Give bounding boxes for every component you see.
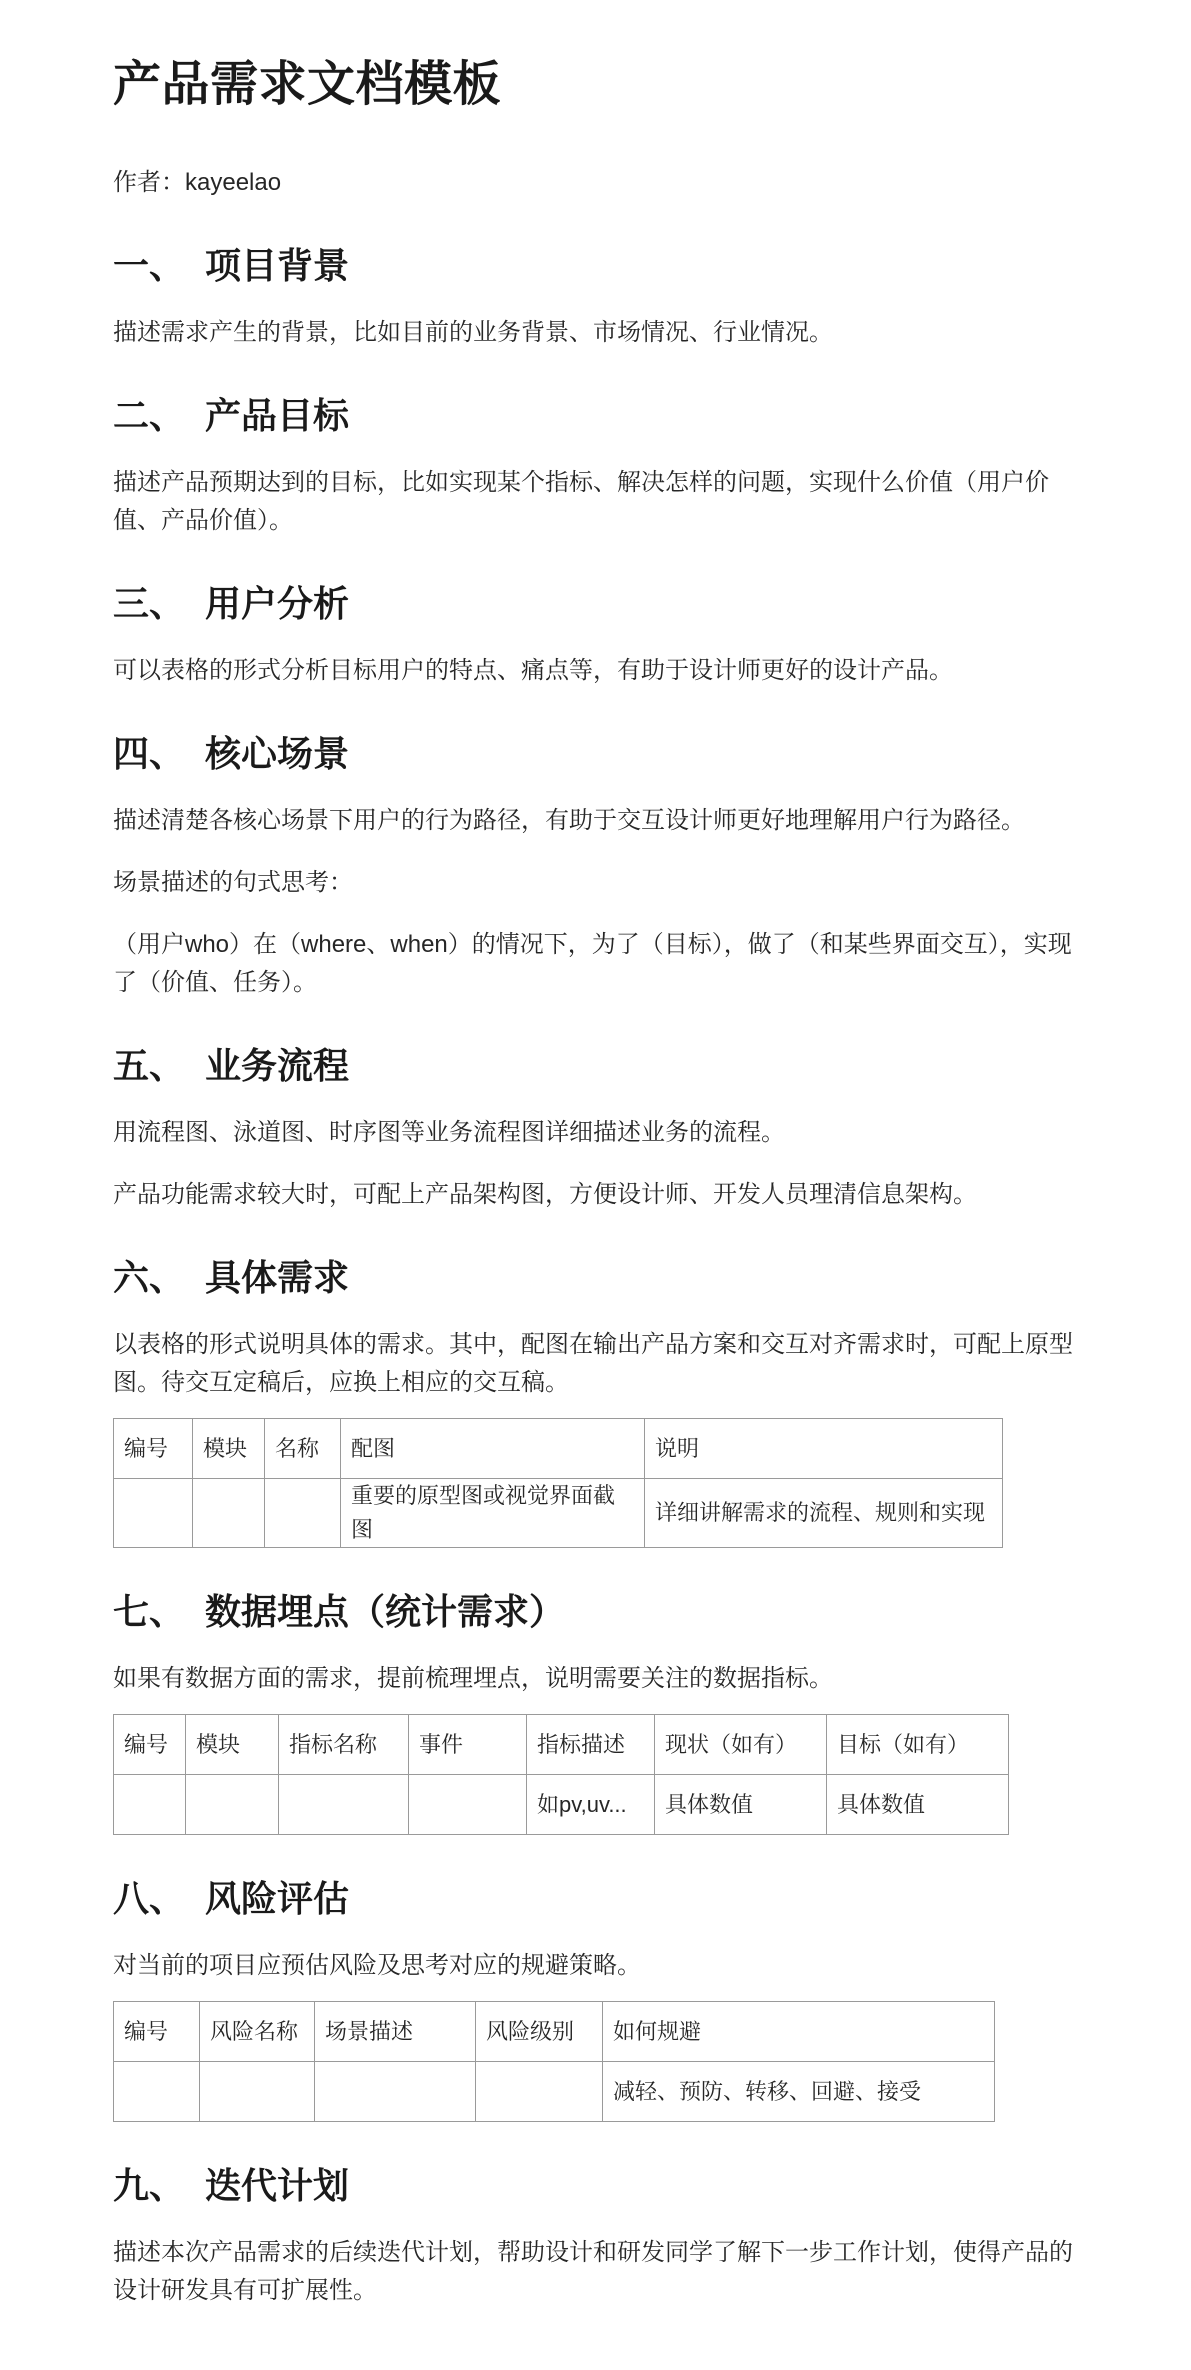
- section-heading: 六、具体需求: [113, 1254, 1078, 1302]
- paragraph: 描述需求产生的背景，比如目前的业务背景、市场情况、行业情况。: [113, 314, 1078, 352]
- column-header: 说明: [645, 1419, 1003, 1479]
- section-risk-assessment: 八、风险评估 对当前的项目应预估风险及思考对应的规避策略。 编号 风险名称 场景…: [113, 1875, 1078, 2122]
- section-heading: 七、数据埋点（统计需求）: [113, 1588, 1078, 1636]
- section-project-background: 一、项目背景 描述需求产生的背景，比如目前的业务背景、市场情况、行业情况。: [113, 242, 1078, 352]
- cell: 具体数值: [655, 1775, 827, 1835]
- author-name: kayeelao: [185, 169, 281, 196]
- cell: 详细讲解需求的流程、规则和实现: [645, 1479, 1003, 1548]
- cell: 减轻、预防、转移、回避、接受: [603, 2062, 995, 2122]
- paragraph: 如果有数据方面的需求，提前梳理埋点，说明需要关注的数据指标。: [113, 1660, 1078, 1698]
- column-header: 模块: [186, 1715, 279, 1775]
- section-analytics-tracking: 七、数据埋点（统计需求） 如果有数据方面的需求，提前梳理埋点，说明需要关注的数据…: [113, 1588, 1078, 1835]
- paragraph: 对当前的项目应预估风险及思考对应的规避策略。: [113, 1947, 1078, 1985]
- table-row: 如pv,uv... 具体数值 具体数值: [114, 1775, 1009, 1835]
- section-number: 八、: [113, 1875, 205, 1923]
- section-business-process: 五、业务流程 用流程图、泳道图、时序图等业务流程图详细描述业务的流程。 产品功能…: [113, 1042, 1078, 1214]
- table-header-row: 编号 模块 指标名称 事件 指标描述 现状（如有） 目标（如有）: [114, 1715, 1009, 1775]
- column-header: 如何规避: [603, 2002, 995, 2062]
- requirements-table: 编号 模块 名称 配图 说明 重要的原型图或视觉界面截图 详细讲解需求的流程、规…: [113, 1418, 1003, 1548]
- column-header: 指标名称: [279, 1715, 409, 1775]
- section-number: 一、: [113, 242, 205, 290]
- section-iteration-plan: 九、迭代计划 描述本次产品需求的后续迭代计划，帮助设计和研发同学了解下一步工作计…: [113, 2162, 1078, 2310]
- cell: 具体数值: [827, 1775, 1009, 1835]
- cell: [114, 2062, 200, 2122]
- column-header: 现状（如有）: [655, 1715, 827, 1775]
- column-header: 风险级别: [476, 2002, 603, 2062]
- cell: [265, 1479, 341, 1548]
- section-title: 用户分析: [205, 583, 349, 624]
- section-heading: 一、项目背景: [113, 242, 1078, 290]
- column-header: 名称: [265, 1419, 341, 1479]
- section-heading: 五、业务流程: [113, 1042, 1078, 1090]
- cell: [409, 1775, 527, 1835]
- column-header: 事件: [409, 1715, 527, 1775]
- column-header: 风险名称: [200, 2002, 315, 2062]
- paragraph: 描述本次产品需求的后续迭代计划，帮助设计和研发同学了解下一步工作计划，使得产品的…: [113, 2234, 1078, 2310]
- column-header: 场景描述: [315, 2002, 476, 2062]
- analytics-table: 编号 模块 指标名称 事件 指标描述 现状（如有） 目标（如有） 如pv,uv.…: [113, 1714, 1009, 1835]
- paragraph: 描述清楚各核心场景下用户的行为路径，有助于交互设计师更好地理解用户行为路径。: [113, 802, 1078, 840]
- cell: [186, 1775, 279, 1835]
- cell: 重要的原型图或视觉界面截图: [341, 1479, 645, 1548]
- cell: [476, 2062, 603, 2122]
- paragraph: 场景描述的句式思考：: [113, 864, 1078, 902]
- section-heading: 九、迭代计划: [113, 2162, 1078, 2210]
- section-heading: 二、产品目标: [113, 392, 1078, 440]
- section-title: 产品目标: [205, 395, 349, 436]
- cell: [114, 1775, 186, 1835]
- author-label: 作者：: [113, 169, 185, 196]
- section-title: 项目背景: [205, 245, 349, 286]
- paragraph: 描述产品预期达到的目标，比如实现某个指标、解决怎样的问题，实现什么价值（用户价值…: [113, 464, 1078, 540]
- column-header: 模块: [193, 1419, 265, 1479]
- section-user-analysis: 三、用户分析 可以表格的形式分析目标用户的特点、痛点等，有助于设计师更好的设计产…: [113, 580, 1078, 690]
- section-heading: 三、用户分析: [113, 580, 1078, 628]
- document-page: 产品需求文档模板 作者：kayeelao 一、项目背景 描述需求产生的背景，比如…: [0, 0, 1191, 2370]
- paragraph: 以表格的形式说明具体的需求。其中，配图在输出产品方案和交互对齐需求时，可配上原型…: [113, 1326, 1078, 1402]
- cell: [315, 2062, 476, 2122]
- page-title: 产品需求文档模板: [113, 54, 1078, 116]
- section-number: 五、: [113, 1042, 205, 1090]
- cell: [114, 1479, 193, 1548]
- column-header: 编号: [114, 1419, 193, 1479]
- paragraph: （用户who）在（where、when）的情况下，为了（目标），做了（和某些界面…: [113, 926, 1078, 1002]
- table-row: 减轻、预防、转移、回避、接受: [114, 2062, 995, 2122]
- section-product-goals: 二、产品目标 描述产品预期达到的目标，比如实现某个指标、解决怎样的问题，实现什么…: [113, 392, 1078, 540]
- risk-table: 编号 风险名称 场景描述 风险级别 如何规避 减轻、预防、转移、回避、接受: [113, 2001, 995, 2122]
- section-number: 七、: [113, 1588, 205, 1636]
- paragraph: 用流程图、泳道图、时序图等业务流程图详细描述业务的流程。: [113, 1114, 1078, 1152]
- paragraph: 可以表格的形式分析目标用户的特点、痛点等，有助于设计师更好的设计产品。: [113, 652, 1078, 690]
- column-header: 编号: [114, 1715, 186, 1775]
- section-number: 九、: [113, 2162, 205, 2210]
- paragraph: 产品功能需求较大时，可配上产品架构图，方便设计师、开发人员理清信息架构。: [113, 1176, 1078, 1214]
- table-header-row: 编号 模块 名称 配图 说明: [114, 1419, 1003, 1479]
- column-header: 指标描述: [527, 1715, 655, 1775]
- section-title: 核心场景: [205, 733, 349, 774]
- section-title: 具体需求: [205, 1257, 349, 1298]
- table-row: 重要的原型图或视觉界面截图 详细讲解需求的流程、规则和实现: [114, 1479, 1003, 1548]
- section-detailed-requirements: 六、具体需求 以表格的形式说明具体的需求。其中，配图在输出产品方案和交互对齐需求…: [113, 1254, 1078, 1548]
- section-core-scenarios: 四、核心场景 描述清楚各核心场景下用户的行为路径，有助于交互设计师更好地理解用户…: [113, 730, 1078, 1002]
- section-number: 四、: [113, 730, 205, 778]
- cell: [200, 2062, 315, 2122]
- column-header: 配图: [341, 1419, 645, 1479]
- section-title: 迭代计划: [205, 2165, 349, 2206]
- cell: 如pv,uv...: [527, 1775, 655, 1835]
- column-header: 目标（如有）: [827, 1715, 1009, 1775]
- section-title: 风险评估: [205, 1878, 349, 1919]
- section-number: 六、: [113, 1254, 205, 1302]
- section-title: 数据埋点（统计需求）: [205, 1591, 565, 1632]
- section-heading: 四、核心场景: [113, 730, 1078, 778]
- section-number: 二、: [113, 392, 205, 440]
- section-number: 三、: [113, 580, 205, 628]
- cell: [279, 1775, 409, 1835]
- cell: [193, 1479, 265, 1548]
- table-header-row: 编号 风险名称 场景描述 风险级别 如何规避: [114, 2002, 995, 2062]
- section-heading: 八、风险评估: [113, 1875, 1078, 1923]
- column-header: 编号: [114, 2002, 200, 2062]
- section-title: 业务流程: [205, 1045, 349, 1086]
- author-line: 作者：kayeelao: [113, 164, 1078, 202]
